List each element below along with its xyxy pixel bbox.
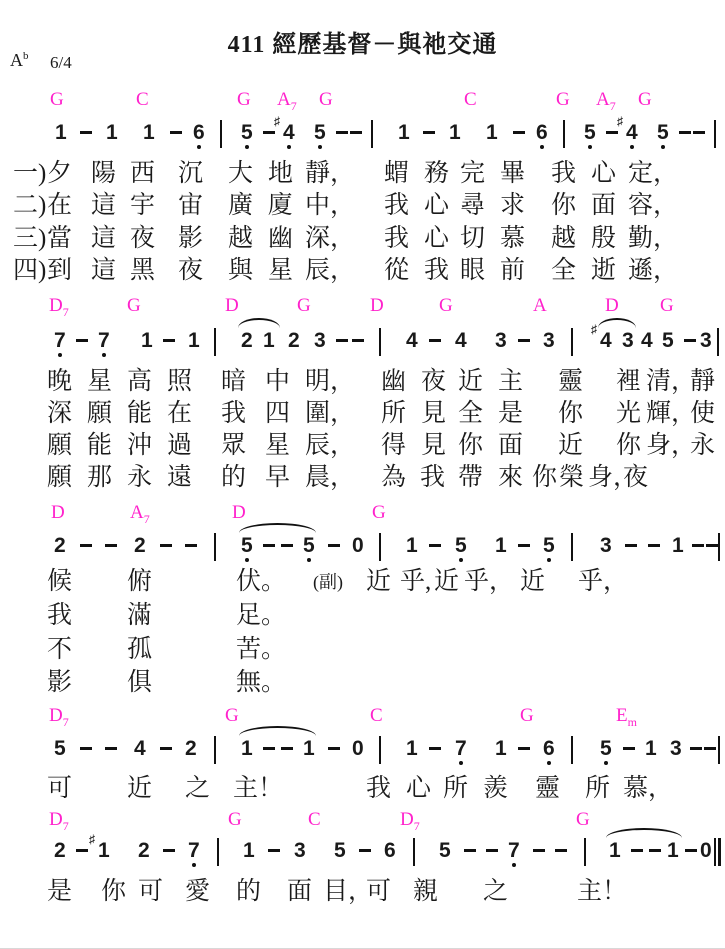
chord-label: G <box>228 810 242 831</box>
duration-dash <box>631 849 643 852</box>
chord-label: A7 <box>596 90 616 113</box>
sharp-accidental: ♯ <box>274 115 280 127</box>
chord-label: G <box>576 810 590 831</box>
note-digit: 7 <box>508 840 520 861</box>
note-digit: 1 <box>188 330 200 351</box>
low-octave-dot <box>547 558 551 562</box>
note-digit: 4 <box>600 330 612 351</box>
duration-dash <box>350 131 362 134</box>
lyric-char: 全 <box>458 400 483 428</box>
lyric-char: 定， <box>628 160 678 188</box>
lyric-char: 足。 <box>236 602 286 630</box>
lyric-char: 得 <box>381 432 406 460</box>
lyric-char: 星 <box>268 257 293 285</box>
lyric-char: 在 <box>167 400 192 428</box>
note-digit: 3 <box>622 330 634 351</box>
lyric-char: 所 <box>443 775 468 803</box>
low-octave-dot <box>540 145 544 149</box>
lyric-char: 勤， <box>628 225 678 253</box>
note-digit: 2 <box>288 330 300 351</box>
duration-dash <box>706 544 718 547</box>
barline <box>714 120 716 148</box>
lyric-char: 眾 <box>221 432 246 460</box>
sharp-accidental: ♯ <box>89 833 95 845</box>
barline <box>214 328 216 356</box>
chord-label: G <box>520 706 534 727</box>
barline <box>718 736 720 764</box>
slur-arc <box>239 726 316 736</box>
barline <box>214 533 216 561</box>
lyric-char: 靈 <box>558 368 583 396</box>
note-digit: 1 <box>55 122 67 143</box>
duration-dash <box>185 544 197 547</box>
note-digit: 6 <box>536 122 548 143</box>
lyric-char: 候 <box>47 568 72 596</box>
low-octave-dot <box>588 145 592 149</box>
lyric-char: 主！ <box>577 878 627 906</box>
chord-label: C <box>464 90 477 111</box>
low-octave-dot <box>287 145 291 149</box>
lyric-char: 這 <box>91 257 116 285</box>
chord-label: G <box>556 90 570 111</box>
note-digit: 0 <box>352 738 364 759</box>
duration-dash <box>336 131 348 134</box>
lyric-char: 你 <box>551 192 576 220</box>
duration-dash <box>163 339 175 342</box>
chord-subscript: 7 <box>144 512 150 526</box>
barline <box>217 838 219 866</box>
lyric-char: 心 <box>591 160 616 188</box>
lyric-char: 夜 <box>178 257 203 285</box>
lyric-char: 近 <box>434 568 459 596</box>
chord-label: G <box>638 90 652 111</box>
note-digit: 1 <box>406 535 418 556</box>
lyric-char: 我 <box>424 257 449 285</box>
lyric-char: 所 <box>585 775 610 803</box>
barline <box>571 328 573 356</box>
low-octave-dot <box>604 761 608 765</box>
lyric-char: 見 <box>421 432 446 460</box>
lyric-char: (副) <box>313 573 343 593</box>
low-octave-dot <box>459 558 463 562</box>
lyric-char: 你 <box>458 432 483 460</box>
lyric-char: 你 <box>558 400 583 428</box>
duration-dash <box>649 849 661 852</box>
duration-dash <box>263 747 275 750</box>
lyric-char: 深， <box>305 225 355 253</box>
lyric-char: 能 <box>127 400 152 428</box>
lyric-char: 遠 <box>167 464 192 492</box>
page-title: 411 經歷基督－與祂交通 <box>0 24 725 59</box>
note-digit: 3 <box>670 738 682 759</box>
lyric-char: 三) <box>13 225 46 253</box>
note-digit: 1 <box>495 535 507 556</box>
duration-dash <box>486 849 498 852</box>
duration-dash <box>105 544 117 547</box>
lyric-char: 求 <box>500 192 525 220</box>
lyric-char: 輝， <box>646 400 696 428</box>
lyric-char: 尋 <box>460 192 485 220</box>
hymn-sheet-page: 411 經歷基督－與祂交通 Ab 6/4 GCGA7GCGA7G111654♯5… <box>0 0 725 949</box>
lyric-char: 來 <box>498 464 523 492</box>
lyric-char: 中 <box>265 368 290 396</box>
duration-dash <box>76 339 88 342</box>
duration-dash <box>648 544 660 547</box>
barline <box>220 120 222 148</box>
lyric-char: 不 <box>47 636 72 664</box>
note-digit: 1 <box>672 535 684 556</box>
lyric-char: 能 <box>87 432 112 460</box>
duration-dash <box>429 339 441 342</box>
lyric-char: 與 <box>228 257 253 285</box>
low-octave-dot <box>547 761 551 765</box>
note-digit: 5 <box>657 122 669 143</box>
barline <box>718 533 720 561</box>
note-digit: 6 <box>384 840 396 861</box>
chord-label: D <box>605 296 619 317</box>
lyric-char: 過 <box>167 432 192 460</box>
note-digit: 7 <box>188 840 200 861</box>
lyric-char: 深 <box>47 400 72 428</box>
lyric-char: 地 <box>268 160 293 188</box>
chord-subscript: 7 <box>414 819 420 833</box>
lyric-char: 我 <box>47 602 72 630</box>
lyric-char: 從 <box>384 257 409 285</box>
note-digit: 5 <box>314 122 326 143</box>
chord-subscript: 7 <box>63 715 69 729</box>
lyric-char: 慕 <box>500 225 525 253</box>
lyric-char: 我 <box>366 775 391 803</box>
lyric-char: 圍， <box>305 400 355 428</box>
lyric-char: 前 <box>500 257 525 285</box>
slur-arc <box>238 318 280 328</box>
lyric-char: 心 <box>424 192 449 220</box>
duration-dash <box>704 747 716 750</box>
duration-dash <box>281 747 293 750</box>
lyric-char: 乎, <box>400 568 431 596</box>
note-digit: 5 <box>600 738 612 759</box>
lyric-char: 夜 <box>623 464 648 492</box>
barline <box>379 328 381 356</box>
lyric-char: 近 <box>520 568 545 596</box>
lyric-char: 辰， <box>305 432 355 460</box>
lyric-char: 我 <box>420 464 445 492</box>
note-digit: 5 <box>241 122 253 143</box>
lyric-char: 務 <box>424 160 449 188</box>
lyric-char: 光 <box>616 400 641 428</box>
lyric-char: 是 <box>498 400 523 428</box>
note-digit: 1 <box>141 330 153 351</box>
chord-label: G <box>660 296 674 317</box>
lyric-char: 無。 <box>236 669 286 697</box>
low-octave-dot <box>197 145 201 149</box>
note-digit: 5 <box>241 535 253 556</box>
note-digit: 1 <box>486 122 498 143</box>
lyric-char: 榮 <box>559 464 584 492</box>
lyric-char: 幽 <box>268 225 293 253</box>
lyric-char: 滿 <box>127 602 152 630</box>
lyric-char: 願 <box>47 464 72 492</box>
lyric-char: 我 <box>384 192 409 220</box>
note-digit: 3 <box>294 840 306 861</box>
lyric-char: 苦。 <box>236 636 286 664</box>
note-digit: 2 <box>54 535 66 556</box>
duration-dash <box>692 544 704 547</box>
chord-label: D7 <box>49 296 69 319</box>
lyric-char: 所 <box>381 400 406 428</box>
duration-dash <box>76 849 88 852</box>
lyric-char: 宇 <box>130 192 155 220</box>
note-digit: 7 <box>98 330 110 351</box>
time-signature: 6/4 <box>50 53 72 73</box>
duration-dash <box>359 849 371 852</box>
lyric-char: 面 <box>498 432 523 460</box>
lyric-char: 主 <box>498 368 523 396</box>
duration-dash <box>693 131 705 134</box>
duration-dash <box>160 544 172 547</box>
note-digit: 5 <box>584 122 596 143</box>
duration-dash <box>518 544 530 547</box>
lyric-char: 你 <box>616 432 641 460</box>
duration-dash <box>281 544 293 547</box>
note-digit: 1 <box>609 840 621 861</box>
lyric-char: 廈 <box>268 192 293 220</box>
lyric-char: 星 <box>265 432 290 460</box>
duration-dash <box>80 131 92 134</box>
lyric-char: 到 <box>47 257 72 285</box>
duration-dash <box>263 131 275 134</box>
barline <box>717 328 719 356</box>
lyric-char: 近 <box>366 568 391 596</box>
lyric-char: 可 <box>47 775 72 803</box>
chord-label: G <box>372 503 386 524</box>
lyric-char: 乎， <box>464 568 514 596</box>
lyric-char: 這 <box>91 192 116 220</box>
note-digit: 3 <box>600 535 612 556</box>
low-octave-dot <box>318 145 322 149</box>
note-digit: 1 <box>449 122 461 143</box>
note-digit: 1 <box>263 330 275 351</box>
lyric-char: 二) <box>13 192 46 220</box>
lyric-char: 影 <box>47 669 72 697</box>
note-digit: 2 <box>138 840 150 861</box>
lyric-char: 逝 <box>591 257 616 285</box>
lyric-char: 心 <box>406 775 431 803</box>
lyric-char: 面 <box>287 878 312 906</box>
lyric-char: 四 <box>265 400 290 428</box>
chord-label: A7 <box>277 90 297 113</box>
chord-label: C <box>370 706 383 727</box>
note-digit: 7 <box>54 330 66 351</box>
chord-subscript: 7 <box>291 99 297 113</box>
note-digit: 1 <box>645 738 657 759</box>
slur-arc <box>598 318 636 328</box>
lyric-char: 使 <box>690 400 715 428</box>
lyric-char: 靜， <box>305 160 355 188</box>
note-digit: 4 <box>641 330 653 351</box>
chord-label: D <box>370 296 384 317</box>
lyric-char: 遜， <box>628 257 678 285</box>
lyric-char: 我 <box>221 400 246 428</box>
lyric-char: 幽 <box>381 368 406 396</box>
lyric-char: 你 <box>532 464 557 492</box>
lyric-char: 殷 <box>591 225 616 253</box>
slur-arc <box>239 523 316 533</box>
note-digit: 1 <box>406 738 418 759</box>
lyric-char: 星 <box>87 368 112 396</box>
lyric-char: 西 <box>130 160 155 188</box>
lyric-char: 早 <box>265 464 290 492</box>
lyric-char: 中， <box>305 192 355 220</box>
note-digit: 2 <box>185 738 197 759</box>
lyric-char: 影 <box>178 225 203 253</box>
chord-label: G <box>319 90 333 111</box>
lyric-char: 為 <box>381 464 406 492</box>
barline <box>379 533 381 561</box>
lyric-char: 辰， <box>305 257 355 285</box>
lyric-char: 那 <box>87 464 112 492</box>
lyric-char: 夜 <box>421 368 446 396</box>
duration-dash <box>160 747 172 750</box>
note-digit: 1 <box>106 122 118 143</box>
duration-dash <box>163 849 175 852</box>
lyric-char: 主！ <box>233 775 283 803</box>
low-octave-dot <box>459 761 463 765</box>
chord-label: G <box>127 296 141 317</box>
duration-dash <box>513 131 525 134</box>
duration-dash <box>429 544 441 547</box>
note-digit: 1 <box>98 840 110 861</box>
duration-dash <box>684 339 696 342</box>
lyric-char: 乎， <box>578 568 628 596</box>
lyric-char: 切 <box>460 225 485 253</box>
chord-label: D7 <box>49 706 69 729</box>
lyric-char: 身， <box>646 432 696 460</box>
duration-dash <box>170 131 182 134</box>
low-octave-dot <box>630 145 634 149</box>
duration-dash <box>352 339 364 342</box>
note-digit: 1 <box>398 122 410 143</box>
note-digit: 5 <box>334 840 346 861</box>
note-digit: 3 <box>700 330 712 351</box>
lyric-char: 當 <box>47 225 72 253</box>
lyric-char: 靜 <box>690 368 715 396</box>
chord-label: D <box>225 296 239 317</box>
lyric-char: 暗 <box>221 368 246 396</box>
barline <box>379 736 381 764</box>
lyric-char: 大 <box>228 160 253 188</box>
low-octave-dot <box>661 145 665 149</box>
note-digit: 5 <box>303 535 315 556</box>
lyric-char: 的 <box>236 878 261 906</box>
lyric-char: 孤 <box>127 636 152 664</box>
lyric-char: 是 <box>47 878 72 906</box>
note-digit: 1 <box>241 738 253 759</box>
lyric-char: 近 <box>558 432 583 460</box>
lyric-char: 蝟 <box>384 160 409 188</box>
lyric-char: 見 <box>421 400 446 428</box>
duration-dash <box>423 131 435 134</box>
duration-dash <box>690 747 702 750</box>
lyric-char: 你 <box>101 878 126 906</box>
lyric-char: 帶 <box>458 464 483 492</box>
duration-dash <box>606 131 618 134</box>
lyric-char: 願 <box>47 432 72 460</box>
chord-label: G <box>237 90 251 111</box>
lyric-char: 我 <box>384 225 409 253</box>
note-digit: 0 <box>352 535 364 556</box>
chord-subscript: 7 <box>63 819 69 833</box>
note-digit: 5 <box>455 535 467 556</box>
note-digit: 1 <box>303 738 315 759</box>
lyric-char: 的 <box>221 464 246 492</box>
lyric-char: 靈 <box>535 775 560 803</box>
barline <box>563 120 565 148</box>
lyric-char: 晚 <box>47 368 72 396</box>
lyric-char: 陽 <box>91 160 116 188</box>
duration-dash <box>533 849 545 852</box>
lyric-char: 越 <box>551 225 576 253</box>
lyric-char: 願 <box>87 400 112 428</box>
duration-dash <box>625 544 637 547</box>
final-barline <box>714 838 721 866</box>
lyric-char: 明， <box>305 368 355 396</box>
barline <box>371 120 373 148</box>
lyric-char: 四) <box>13 257 46 285</box>
note-digit: 1 <box>495 738 507 759</box>
sharp-accidental: ♯ <box>591 323 597 335</box>
low-octave-dot <box>307 558 311 562</box>
barline <box>413 838 415 866</box>
barline <box>214 736 216 764</box>
lyric-char: 夜 <box>130 225 155 253</box>
barline <box>571 736 573 764</box>
duration-dash <box>328 747 340 750</box>
lyric-char: 慕， <box>623 775 673 803</box>
chord-label: D7 <box>49 810 69 833</box>
barline <box>571 533 573 561</box>
lyric-char: 可 <box>138 878 163 906</box>
note-digit: 4 <box>626 122 638 143</box>
lyric-char: 廣 <box>228 192 253 220</box>
note-digit: 2 <box>241 330 253 351</box>
note-digit: 5 <box>543 535 555 556</box>
lyric-char: 黑 <box>130 257 155 285</box>
lyric-char: 伏。 <box>236 568 286 596</box>
lyric-char: 羨 <box>483 775 508 803</box>
flat-accidental: b <box>23 50 29 62</box>
chord-label: G <box>225 706 239 727</box>
note-digit: 4 <box>455 330 467 351</box>
lyric-char: 這 <box>91 225 116 253</box>
note-digit: 0 <box>700 840 712 861</box>
duration-dash <box>105 747 117 750</box>
lyric-char: 親 <box>413 878 438 906</box>
chord-label: D7 <box>400 810 420 833</box>
lyric-char: 我 <box>551 160 576 188</box>
chord-label: C <box>136 90 149 111</box>
lyric-char: 畢 <box>500 160 525 188</box>
lyric-char: 沉 <box>178 160 203 188</box>
chord-label: A <box>533 296 547 317</box>
lyric-char: 完 <box>460 160 485 188</box>
lyric-char: 在 <box>47 192 72 220</box>
low-octave-dot <box>192 863 196 867</box>
duration-dash <box>518 339 530 342</box>
lyric-char: 近 <box>127 775 152 803</box>
duration-dash <box>685 849 697 852</box>
sharp-accidental: ♯ <box>617 115 623 127</box>
